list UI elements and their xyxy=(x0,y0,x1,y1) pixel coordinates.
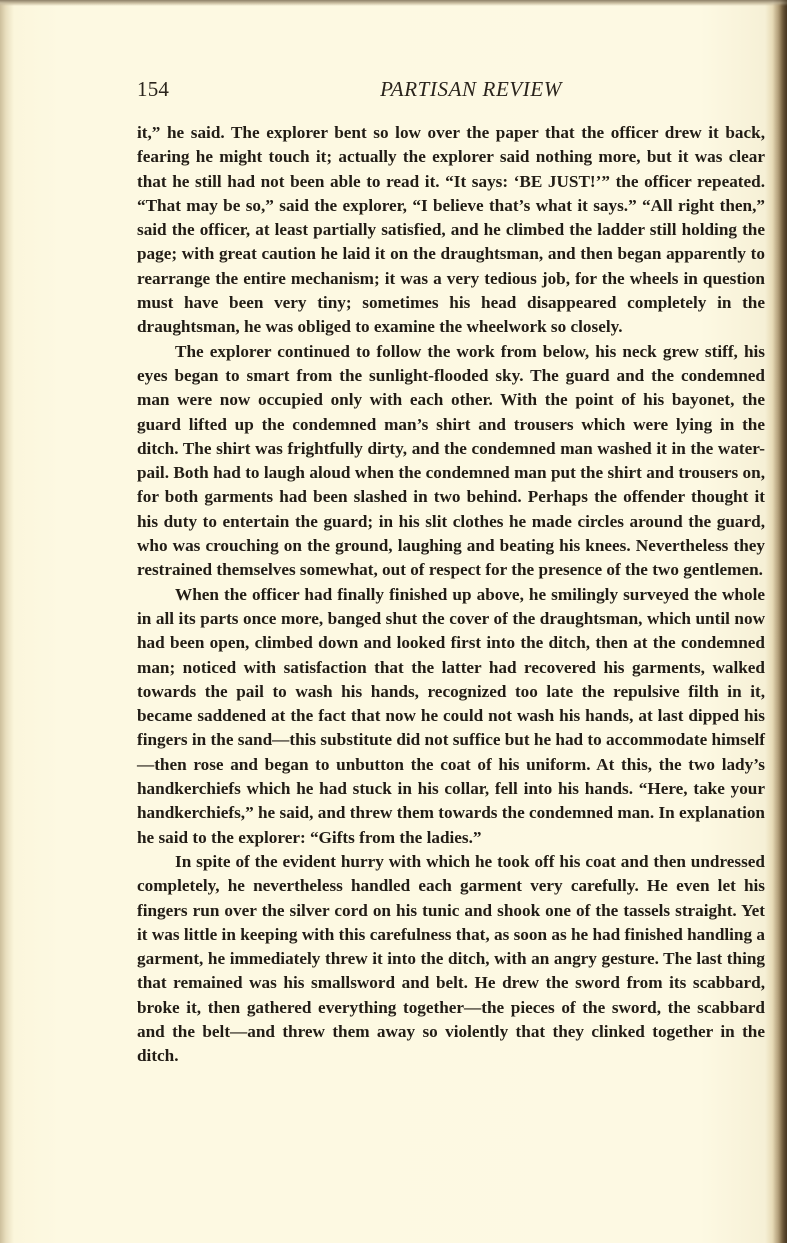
paragraph-2: The explorer continued to follow the wor… xyxy=(137,340,765,583)
body-text: it,” he said. The explorer bent so low o… xyxy=(137,121,765,1069)
running-head: PARTISAN REVIEW xyxy=(137,77,765,102)
spine-shadow xyxy=(773,0,787,1243)
page-header: 154 PARTISAN REVIEW xyxy=(137,77,765,107)
book-page: 154 PARTISAN REVIEW it,” he said. The ex… xyxy=(0,0,787,1243)
paragraph-1: it,” he said. The explorer bent so low o… xyxy=(137,121,765,340)
page-top-edge xyxy=(0,0,787,6)
paragraph-4: In spite of the evident hurry with which… xyxy=(137,850,765,1069)
paragraph-3: When the officer had finally finished up… xyxy=(137,583,765,850)
